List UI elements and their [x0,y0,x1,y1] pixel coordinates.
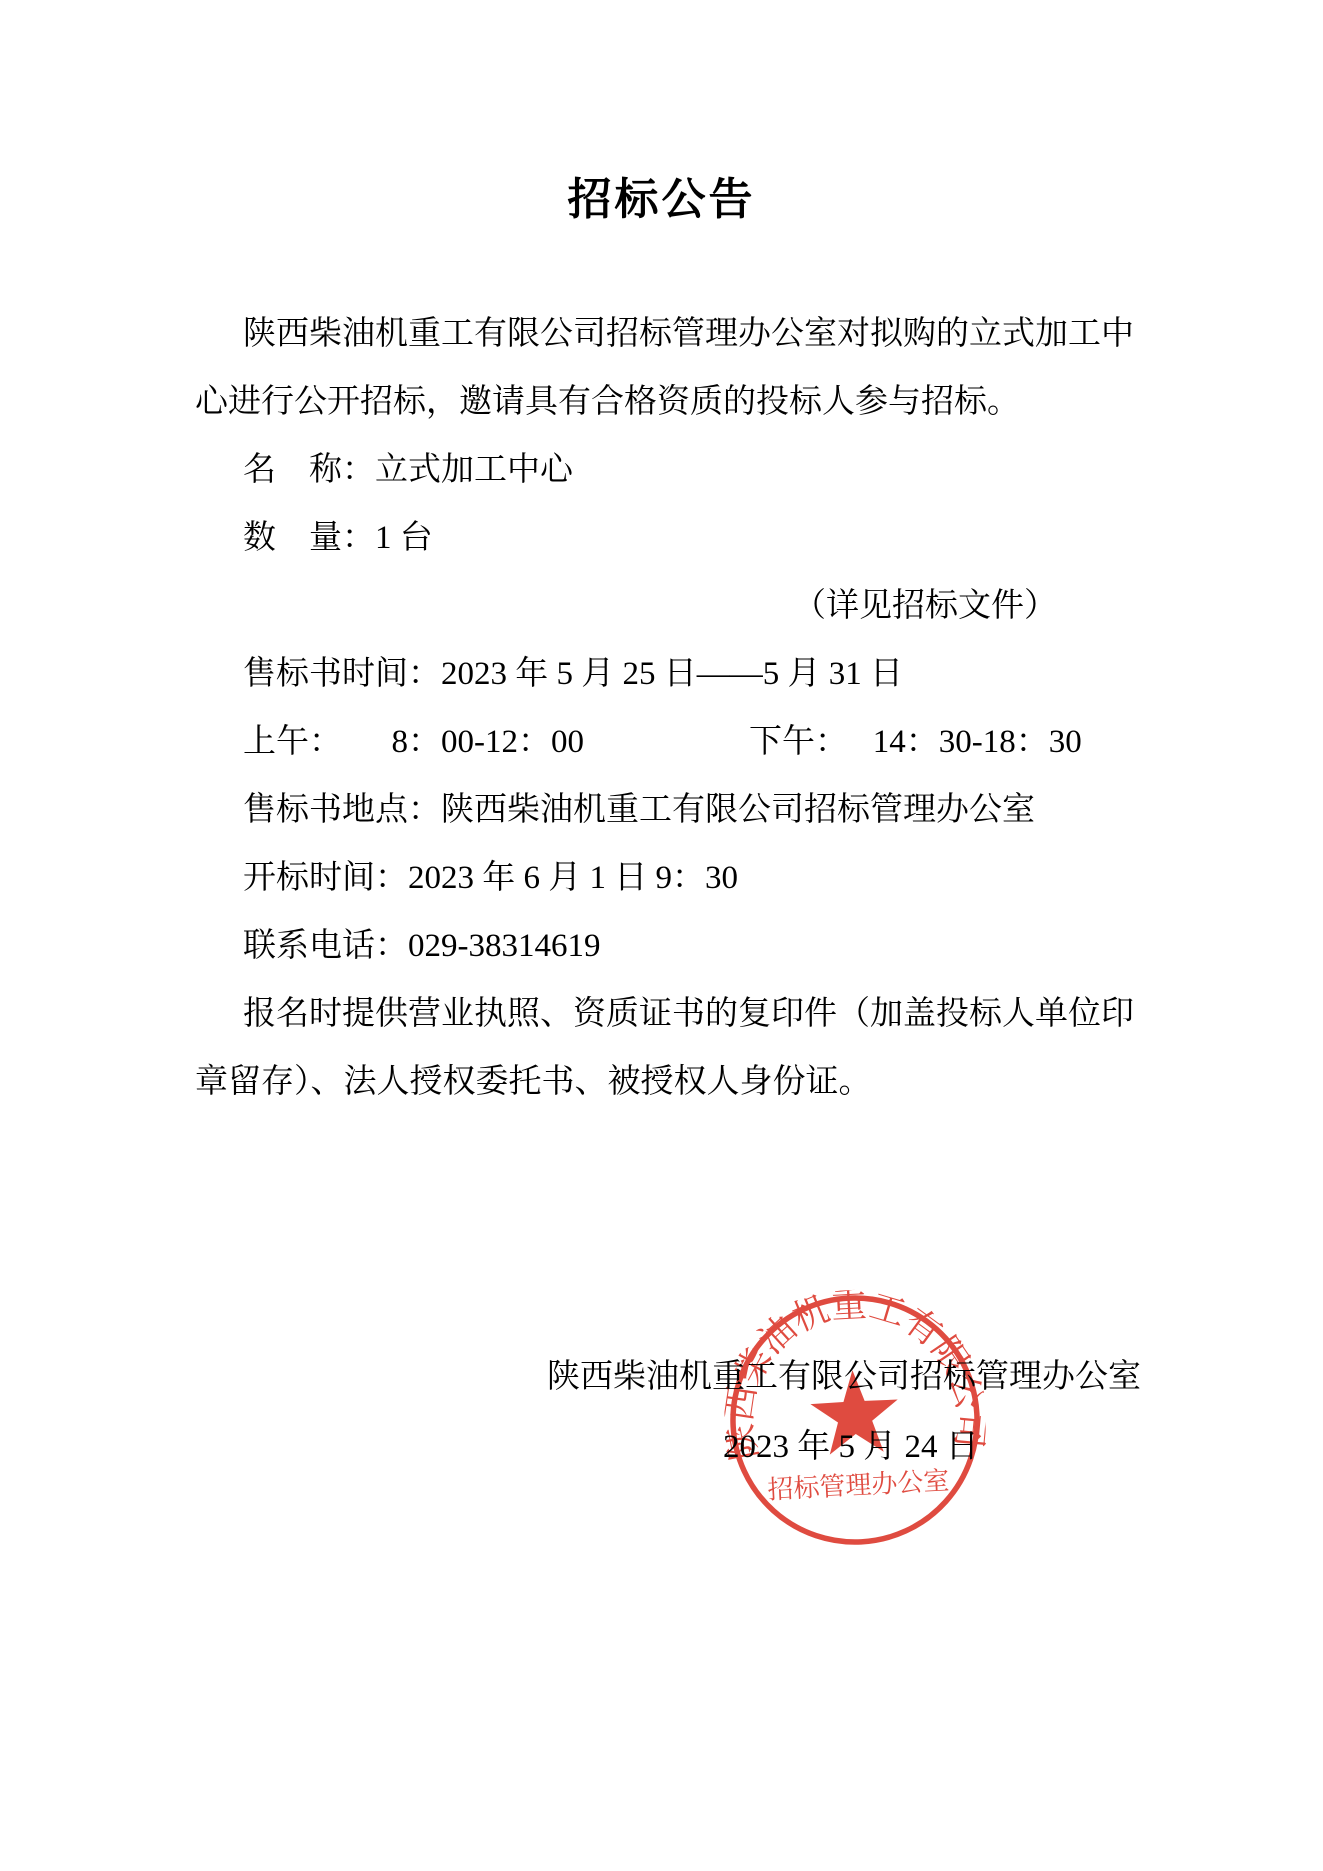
intro-line-2: 心进行公开招标，邀请具有合格资质的投标人参与招标。 [195,368,1135,436]
document-page: 招标公告 陕西柴油机重工有限公司招标管理办公室对拟购的立式加工中 心进行公开招标… [0,0,1323,1871]
document-body: 陕西柴油机重工有限公司招标管理办公室对拟购的立式加工中 心进行公开招标，邀请具有… [195,300,1135,1116]
bid-doc-sale-time-line: 售标书时间：2023 年 5 月 25 日——5 月 31 日 [195,640,1135,708]
see-tender-doc-note: （详见招标文件） [195,572,1135,640]
signature-block: 陕西柴油机重工有限公司招标管理办公室 2023 年 5 月 24 日 [195,1342,1135,1482]
signature-date-line: 2023 年 5 月 24 日 [195,1412,1135,1482]
item-quantity-line: 数 量：1 台 [195,504,1135,572]
registration-requirements-line-1: 报名时提供营业执照、资质证书的复印件（加盖投标人单位印 [195,980,1135,1048]
bid-doc-sale-place-line: 售标书地点：陕西柴油机重工有限公司招标管理办公室 [195,776,1135,844]
seal-bottom-text: 招标管理办公室 [767,1466,950,1504]
business-hours-line: 上午： 8：00-12：00 下午： 14：30-18：30 [195,708,1135,776]
official-seal-stamp: 陕西柴油机重工有限公司 招标管理办公室 [718,1283,991,1556]
seal-ring-text: 陕西柴油机重工有限公司 [718,1283,991,1463]
contact-phone-line: 联系电话：029-38314619 [195,912,1135,980]
intro-line-1: 陕西柴油机重工有限公司招标管理办公室对拟购的立式加工中 [195,300,1135,368]
signature-org-line: 陕西柴油机重工有限公司招标管理办公室 [195,1342,1135,1412]
seal-star-icon [809,1368,901,1456]
bid-opening-time-line: 开标时间：2023 年 6 月 1 日 9：30 [195,844,1135,912]
document-title: 招标公告 [0,163,1323,227]
item-name-line: 名 称：立式加工中心 [195,436,1135,504]
registration-requirements-line-2: 章留存）、法人授权委托书、被授权人身份证。 [195,1048,1135,1116]
